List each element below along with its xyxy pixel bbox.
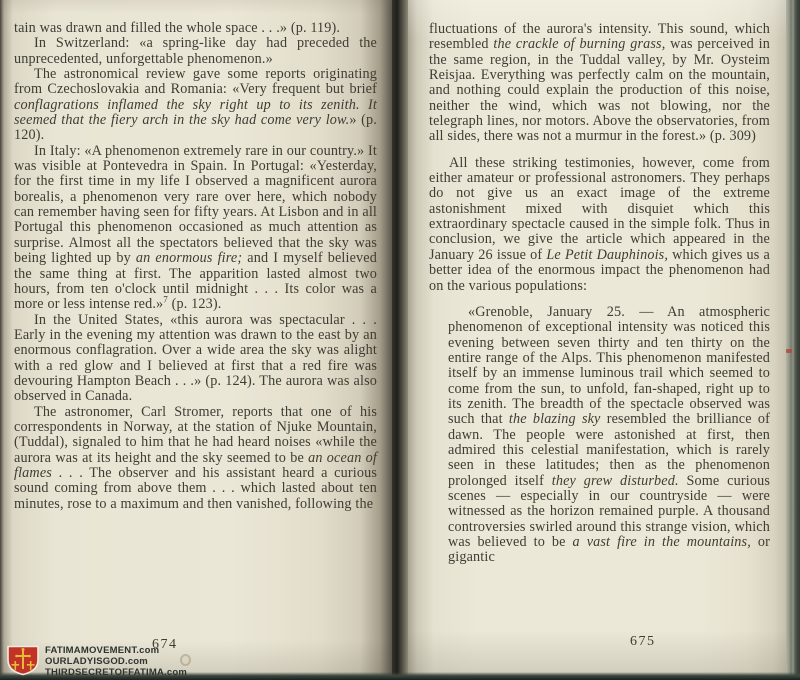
watermark-line: THIRDSECRETOFFATIMA.com	[45, 668, 187, 679]
book-gutter	[392, 0, 408, 680]
paragraph: fluctuations of the aurora's intensity. …	[429, 22, 770, 145]
watermark-urls: FATIMAMOVEMENT.com OURLADYISGOD.com THIR…	[45, 645, 187, 678]
left-page-text: tain was drawn and filled the whole spac…	[14, 21, 377, 512]
paragraph: «Grenoble, January 25. — An atmospheric …	[429, 305, 770, 566]
watermark-line: OURLADYISGOD.com	[45, 657, 187, 668]
paragraph: In the United States, «this aurora was s…	[14, 313, 377, 405]
fatima-movement-shield-icon	[6, 645, 40, 676]
book-scan: tain was drawn and filled the whole spac…	[0, 0, 800, 680]
stacked-page-edges	[786, 0, 800, 680]
left-page: tain was drawn and filled the whole spac…	[0, 0, 392, 676]
right-page-text: fluctuations of the aurora's intensity. …	[429, 22, 770, 566]
red-edge-mark	[786, 349, 792, 353]
paragraph: tain was drawn and filled the whole spac…	[14, 21, 377, 36]
right-page-number: 675	[630, 634, 656, 650]
paragraph: The astronomical review gave some report…	[14, 67, 377, 144]
paragraph: The astronomer, Carl Stromer, reports th…	[14, 405, 377, 512]
paragraph: In Switzerland: «a spring-like day had p…	[14, 36, 377, 67]
paragraph: All these striking testimonies, however,…	[429, 156, 770, 294]
right-page: fluctuations of the aurora's intensity. …	[408, 0, 786, 676]
watermark: FATIMAMOVEMENT.com OURLADYISGOD.com THIR…	[6, 645, 187, 678]
paragraph: In Italy: «A phenomenon extremely rare i…	[14, 144, 377, 313]
